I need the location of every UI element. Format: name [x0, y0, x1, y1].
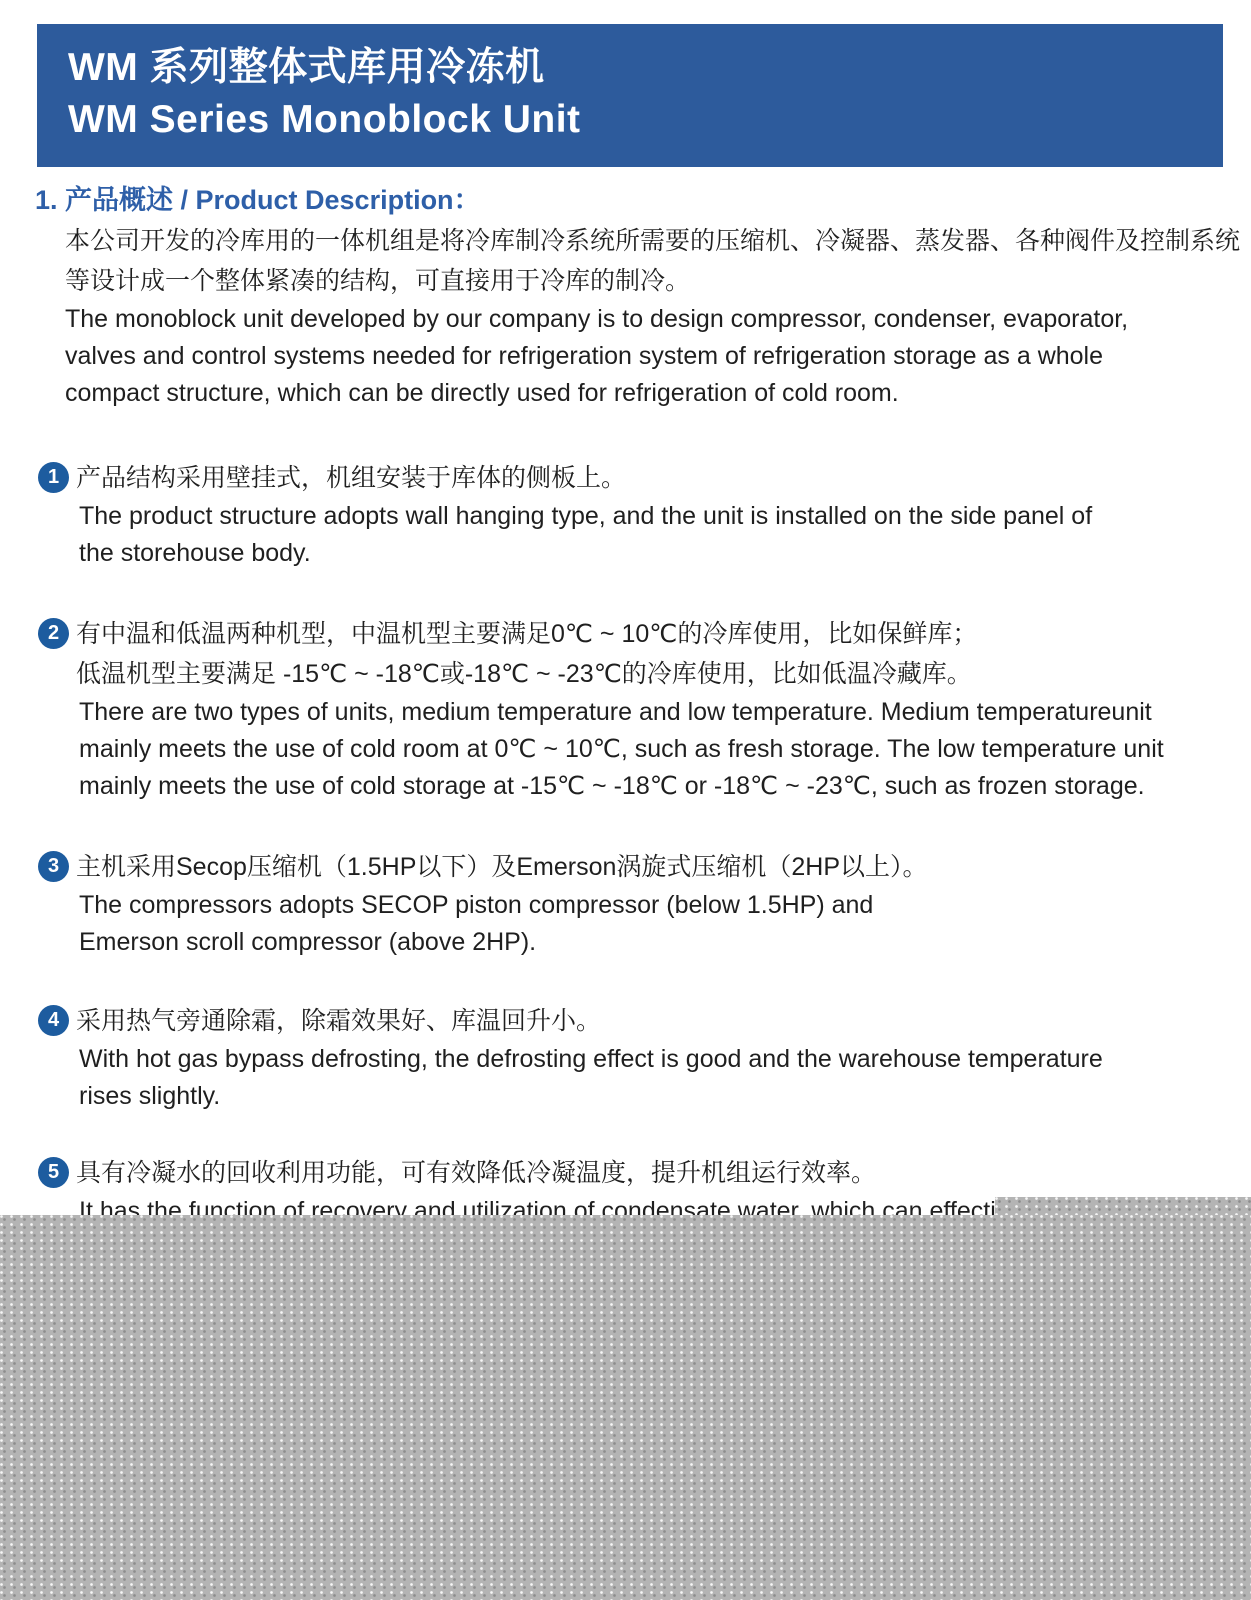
feature-zh-line: 具有冷凝水的回收利用功能，可有效降低冷凝温度，提升机组运行效率。 — [76, 1153, 1221, 1193]
banner-title-zh: WM 系列整体式库用冷冻机 — [68, 42, 1223, 94]
feature-en-line: There are two types of units, medium tem… — [79, 694, 1221, 731]
feature-en-line: The compressors adopts SECOP piston comp… — [79, 887, 1221, 924]
feature-en-line: With hot gas bypass defrosting, the defr… — [79, 1041, 1221, 1078]
intro-en-line: The monoblock unit developed by our comp… — [65, 301, 1221, 338]
feature-item-1: 1 产品结构采用壁挂式，机组安装于库体的侧板上。 The product str… — [38, 458, 1221, 572]
gray-halftone-band — [0, 1215, 1251, 1600]
feature-number-badge: 5 — [38, 1157, 69, 1188]
header-banner: WM 系列整体式库用冷冻机 WM Series Monoblock Unit — [37, 24, 1223, 167]
feature-item-3: 3 主机采用Secop压缩机（1.5HP以下）及Emerson涡旋式压缩机（2H… — [38, 847, 1221, 961]
feature-zh-line: 采用热气旁通除霜，除霜效果好、库温回升小。 — [76, 1001, 1221, 1041]
feature-en-line: mainly meets the use of cold storage at … — [79, 768, 1221, 805]
intro-paragraph: 本公司开发的冷库用的一体机组是将冷库制冷系统所需要的压缩机、冷凝器、蒸发器、各种… — [65, 221, 1221, 412]
feature-zh-line: 低温机型主要满足 -15℃ ~ -18℃或-18℃ ~ -23℃的冷库使用，比如… — [76, 654, 1221, 694]
feature-number-badge: 4 — [38, 1005, 69, 1036]
feature-zh-line: 有中温和低温两种机型，中温机型主要满足0℃ ~ 10℃的冷库使用，比如保鲜库； — [76, 614, 1221, 654]
feature-item-4: 4 采用热气旁通除霜，除霜效果好、库温回升小。 With hot gas byp… — [38, 1001, 1221, 1115]
feature-text: 有中温和低温两种机型，中温机型主要满足0℃ ~ 10℃的冷库使用，比如保鲜库； … — [76, 614, 1221, 805]
section-heading: 1. 产品概述 / Product Description： — [35, 183, 1221, 217]
intro-en-line: valves and control systems needed for re… — [65, 338, 1221, 375]
feature-en-line: mainly meets the use of cold room at 0℃ … — [79, 731, 1221, 768]
intro-zh-line: 等设计成一个整体紧凑的结构，可直接用于冷库的制冷。 — [65, 261, 1221, 301]
feature-number-badge: 1 — [38, 462, 69, 493]
page: WM 系列整体式库用冷冻机 WM Series Monoblock Unit 1… — [0, 0, 1251, 1600]
gray-halftone-patch — [995, 1197, 1251, 1217]
feature-en-line: Emerson scroll compressor (above 2HP). — [79, 924, 1221, 961]
intro-zh-line: 本公司开发的冷库用的一体机组是将冷库制冷系统所需要的压缩机、冷凝器、蒸发器、各种… — [65, 221, 1221, 261]
feature-zh-line: 主机采用Secop压缩机（1.5HP以下）及Emerson涡旋式压缩机（2HP以… — [76, 847, 1221, 887]
feature-zh-line: 产品结构采用壁挂式，机组安装于库体的侧板上。 — [76, 458, 1221, 498]
banner-title-en: WM Series Monoblock Unit — [68, 94, 1223, 146]
feature-text: 采用热气旁通除霜，除霜效果好、库温回升小。 With hot gas bypas… — [76, 1001, 1221, 1115]
feature-en-line: The product structure adopts wall hangin… — [79, 498, 1221, 535]
feature-item-2: 2 有中温和低温两种机型，中温机型主要满足0℃ ~ 10℃的冷库使用，比如保鲜库… — [38, 614, 1221, 805]
feature-en-line: the storehouse body. — [79, 535, 1221, 572]
feature-text: 产品结构采用壁挂式，机组安装于库体的侧板上。 The product struc… — [76, 458, 1221, 572]
feature-number-badge: 3 — [38, 851, 69, 882]
intro-en-line: compact structure, which can be directly… — [65, 375, 1221, 412]
feature-number-badge: 2 — [38, 618, 69, 649]
content-area: 1. 产品概述 / Product Description： 本公司开发的冷库用… — [0, 167, 1251, 1230]
feature-text: 主机采用Secop压缩机（1.5HP以下）及Emerson涡旋式压缩机（2HP以… — [76, 847, 1221, 961]
feature-en-line: rises slightly. — [79, 1078, 1221, 1115]
